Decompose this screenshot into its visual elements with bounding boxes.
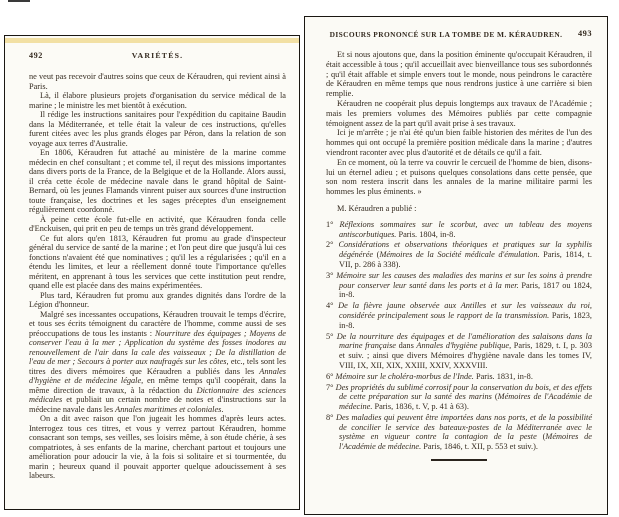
book-scan: 492 VARIÉTÉS. ne veut pas recevoir d'aut…: [0, 0, 619, 517]
page-edge-strip: [5, 38, 299, 43]
text-segment: Ce fut alors qu'en 1813, Kéraudren fut p…: [29, 234, 286, 291]
paragraph: À peine cette école fut-elle en activité…: [29, 215, 286, 234]
text-segment: Là, il élabore plusieurs projets d'organ…: [29, 91, 286, 110]
left-page-body: ne veut pas recevoir d'autres soins que …: [29, 72, 286, 481]
paragraph: Là, il élabore plusieurs projets d'organ…: [29, 91, 286, 110]
publication-item: 6° Mémoire sur le choléra-morbus de l'In…: [326, 372, 592, 382]
italic-text: Réflexions sommaires sur le scorbut, ave…: [339, 220, 592, 239]
paragraph: On a dit avec raison que l'on jugeait le…: [29, 414, 286, 481]
text-segment: À peine cette école fut-elle en activité…: [29, 215, 286, 234]
text-segment: Paris. 1804, in-8.: [396, 230, 455, 239]
text-segment: Ici je m'arrête ; je n'ai été qu'un bien…: [326, 128, 592, 157]
left-page: 492 VARIÉTÉS. ne veut pas recevoir d'aut…: [4, 35, 300, 510]
text-segment: On a dit avec raison que l'on jugeait le…: [29, 414, 286, 480]
text-segment: En 1806, Kéraudren fut attaché au minist…: [29, 148, 286, 214]
publication-item: 7° Des propriétés du sublimé corrosif po…: [326, 383, 592, 412]
text-segment: Paris. 1831, in-8.: [474, 372, 533, 381]
right-page-body: Et si nous ajoutons que, dans la positio…: [326, 50, 592, 197]
right-page-content: DISCOURS PRONONCÉ SUR LA TOMBE DE M. KÉR…: [326, 30, 592, 461]
paragraph: Kéraudren ne coopérait plus depuis longt…: [326, 99, 592, 128]
paragraph: Plus tard, Kéraudren fut promu aux grand…: [29, 291, 286, 310]
italic-text: Annales d'hygiène publique: [416, 341, 509, 350]
end-rule: [431, 459, 487, 461]
publication-item: 4° De la fièvre jaune observée aux Antil…: [326, 301, 592, 330]
paragraph: Ici je m'arrête ; je n'ai été qu'un bien…: [326, 128, 592, 157]
text-segment: Kéraudren ne coopérait plus depuis longt…: [326, 99, 592, 128]
right-running-head-title: DISCOURS PRONONCÉ SUR LA TOMBE DE M. KÉR…: [326, 30, 592, 39]
publication-number: 7°: [326, 383, 336, 392]
italic-text: Mémoires de la Société médicale d'émulat…: [379, 250, 539, 259]
text-segment: Paris, 1836, t. V, p. 41 à 63).: [372, 402, 469, 411]
publication-item: 2° Considérations et observations théori…: [326, 240, 592, 269]
text-segment: Et si nous ajoutons que, dans la positio…: [326, 50, 592, 98]
scan-artifact: [8, 0, 30, 2]
publication-item: 5° De la nourriture des équipages et de …: [326, 332, 592, 371]
publication-number: 3°: [326, 271, 336, 280]
right-page-number: 493: [578, 29, 592, 38]
publication-number: 1°: [326, 220, 340, 229]
publication-number: 2°: [326, 240, 338, 249]
text-segment: Paris, 1846, t. XII, p. 553 et suiv.).: [421, 442, 538, 451]
right-running-header: DISCOURS PRONONCÉ SUR LA TOMBE DE M. KÉR…: [326, 30, 592, 41]
publication-number: 8°: [326, 413, 336, 422]
left-page-number: 492: [29, 51, 43, 60]
publication-item: 3° Mémoire sur les causes des maladies d…: [326, 271, 592, 300]
paragraph: En 1806, Kéraudren fut attaché au minist…: [29, 148, 286, 215]
publications-intro: M. Kéraudren a publié :: [326, 204, 592, 214]
text-segment: .: [221, 405, 223, 414]
publication-number: 4°: [326, 301, 338, 310]
publication-item: 1° Réflexions sommaires sur le scorbut, …: [326, 220, 592, 240]
text-segment: dans: [396, 341, 416, 350]
paragraph: Malgré ses incessantes occupations, Kéra…: [29, 310, 286, 415]
text-segment: Plus tard, Kéraudren fut promu aux grand…: [29, 291, 286, 310]
text-segment: ne veut pas recevoir d'autres soins que …: [29, 72, 286, 91]
publication-number: 6°: [326, 372, 336, 381]
publications-list: 1° Réflexions sommaires sur le scorbut, …: [326, 220, 592, 452]
italic-text: Mémoire sur le choléra-morbus de l'Inde.: [336, 372, 474, 381]
paragraph: En ce moment, où la terre va couvrir le …: [326, 158, 592, 197]
publication-item: 8° Des maladies qui peuvent être importé…: [326, 413, 592, 452]
text-segment: Il rédige les instructions sanitaires po…: [29, 110, 286, 148]
left-running-head-title: VARIÉTÉS.: [29, 51, 286, 60]
left-running-header: 492 VARIÉTÉS.: [29, 51, 286, 62]
italic-text: Annales maritimes et coloniales: [115, 405, 221, 414]
paragraph: Ce fut alors qu'en 1813, Kéraudren fut p…: [29, 234, 286, 291]
text-segment: En ce moment, où la terre va couvrir le …: [326, 158, 592, 196]
left-page-content: 492 VARIÉTÉS. ne veut pas recevoir d'aut…: [29, 51, 286, 481]
paragraph: ne veut pas recevoir d'autres soins que …: [29, 72, 286, 91]
publication-number: 5°: [326, 332, 337, 341]
paragraph: Et si nous ajoutons que, dans la positio…: [326, 50, 592, 99]
right-page: DISCOURS PRONONCÉ SUR LA TOMBE DE M. KÉR…: [304, 16, 608, 515]
paragraph: Il rédige les instructions sanitaires po…: [29, 110, 286, 148]
